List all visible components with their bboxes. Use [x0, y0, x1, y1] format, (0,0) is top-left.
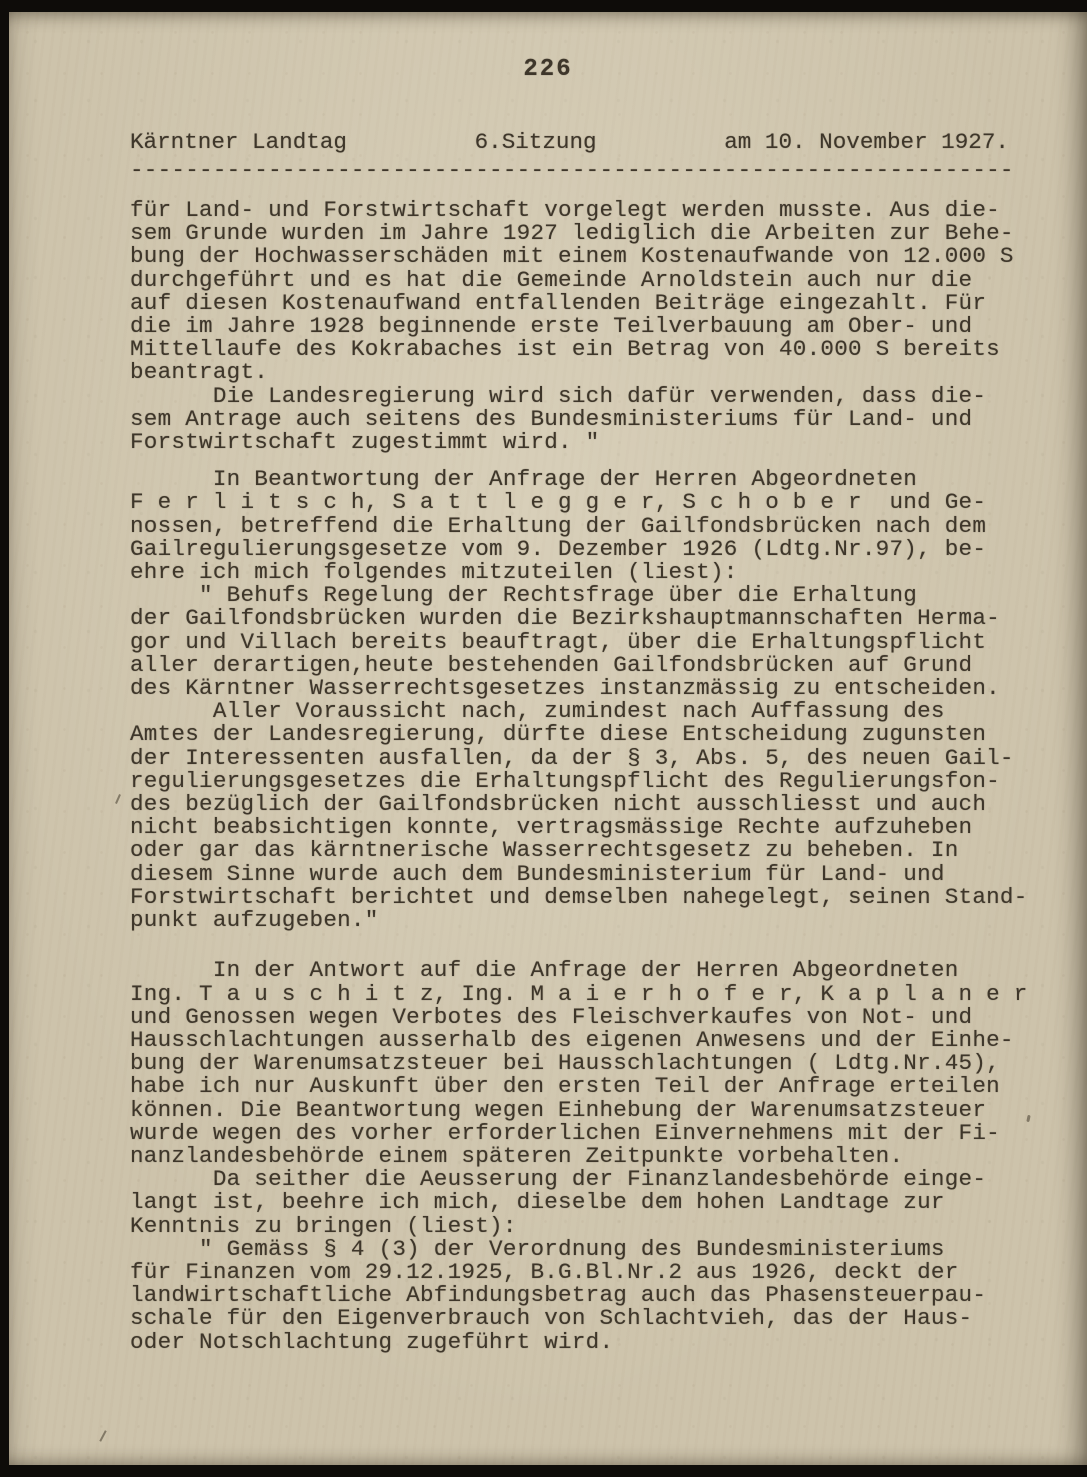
- paragraph-1: für Land- und Forstwirtschaft vorgelegt …: [130, 199, 1027, 385]
- paragraph-3: In Beantwortung der Anfrage der Herren A…: [130, 468, 1027, 584]
- session-header: Kärntner Landtag 6.Sitzung am 10. Novemb…: [130, 129, 1009, 155]
- scan-artifact: [115, 794, 121, 804]
- paragraph-6: In der Antwort auf die Anfrage der Herre…: [130, 959, 1027, 1168]
- paragraph-7: Da seither die Aeusserung der Finanzland…: [130, 1168, 1027, 1238]
- scan-artifact: [1026, 1115, 1030, 1122]
- paragraph-8: " Gemäss § 4 (3) der Verordnung des Bund…: [130, 1238, 1027, 1354]
- header-divider: ----------------------------------------…: [130, 157, 1027, 183]
- paper: 226 Kärntner Landtag 6.Sitzung am 10. No…: [9, 12, 1087, 1465]
- paragraph-2: Die Landesregierung wird sich dafür verw…: [130, 385, 1027, 455]
- paragraph-4: " Behufs Regelung der Rechtsfrage über d…: [130, 584, 1027, 700]
- header-institution: Kärntner Landtag: [130, 129, 347, 155]
- scan-artifact: [99, 1430, 106, 1442]
- scanned-page: { "page": { "number": "226", "header": {…: [0, 0, 1087, 1477]
- page-number: 226: [9, 56, 1087, 83]
- header-date: am 10. November 1927.: [724, 129, 1009, 155]
- document-body: für Land- und Forstwirtschaft vorgelegt …: [130, 199, 1027, 1354]
- paragraph-5: Aller Voraussicht nach, zumindest nach A…: [130, 700, 1027, 932]
- header-session: 6.Sitzung: [475, 129, 597, 155]
